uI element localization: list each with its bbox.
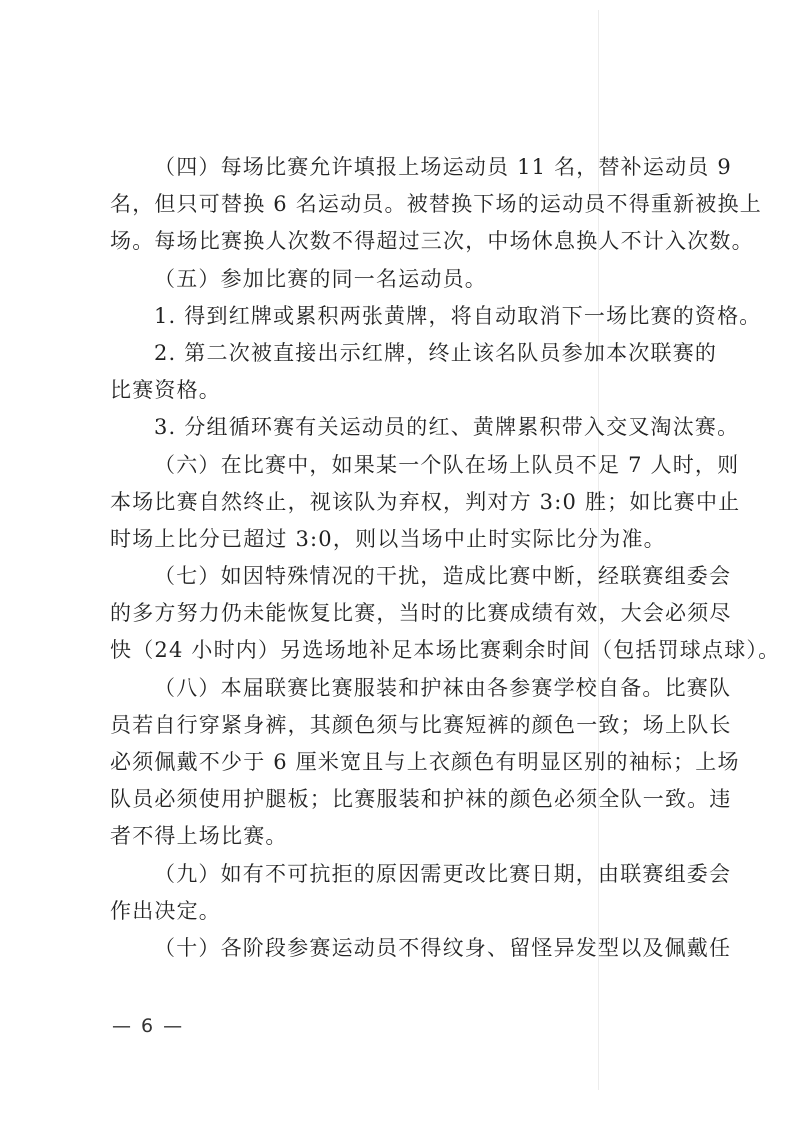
text-line: 2. 第二次被直接出示红牌，终止该名队员参加本次联赛的	[110, 335, 695, 372]
paragraph-item-10: （十）各阶段参赛运动员不得纹身、留怪异发型以及佩戴任	[110, 930, 695, 967]
paragraph-item-7: （七）如因特殊情况的干扰，造成比赛中断，经联赛组委会 的多方努力仍未能恢复比赛，…	[110, 558, 695, 670]
paragraph-item-6: （六）在比赛中，如果某一个队在场上队员不足 7 人时，则 本场比赛自然终止，视该…	[110, 447, 695, 559]
text-line: 本场比赛自然终止，视该队为弃权，判对方 3:0 胜；如比赛中止	[110, 484, 695, 521]
text-line: （十）各阶段参赛运动员不得纹身、留怪异发型以及佩戴任	[110, 930, 695, 967]
text-line: （九）如有不可抗拒的原因需更改比赛日期，由联赛组委会	[110, 856, 695, 893]
text-line: （七）如因特殊情况的干扰，造成比赛中断，经联赛组委会	[110, 558, 695, 595]
paragraph-item-4: （四）每场比赛允许填报上场运动员 11 名，替补运动员 9 名，但只可替换 6 …	[110, 149, 695, 261]
text-line: （六）在比赛中，如果某一个队在场上队员不足 7 人时，则	[110, 447, 695, 484]
page-number: — 6 —	[112, 1012, 184, 1040]
text-line: 的多方努力仍未能恢复比赛，当时的比赛成绩有效，大会必须尽	[110, 595, 695, 632]
text-line: 必须佩戴不少于 6 厘米宽且与上衣颜色有明显区别的袖标；上场	[110, 744, 695, 781]
document-body: （四）每场比赛允许填报上场运动员 11 名，替补运动员 9 名，但只可替换 6 …	[110, 149, 695, 967]
text-line: 快（24 小时内）另选场地补足本场比赛剩余时间（包括罚球点球）。	[110, 632, 695, 669]
text-line: 员若自行穿紧身裤，其颜色须与比赛短裤的颜色一致；场上队长	[110, 707, 695, 744]
paragraph-item-9: （九）如有不可抗拒的原因需更改比赛日期，由联赛组委会 作出决定。	[110, 856, 695, 930]
text-line: 名，但只可替换 6 名运动员。被替换下场的运动员不得重新被换上	[110, 186, 695, 223]
text-line: 者不得上场比赛。	[110, 818, 695, 855]
text-line: （五）参加比赛的同一名运动员。	[110, 261, 695, 298]
text-line: 时场上比分已超过 3:0，则以当场中止时实际比分为准。	[110, 521, 695, 558]
document-page: （四）每场比赛允许填报上场运动员 11 名，替补运动员 9 名，但只可替换 6 …	[0, 0, 800, 1130]
text-line: （八）本届联赛比赛服装和护袜由各参赛学校自备。比赛队	[110, 670, 695, 707]
paragraph-item-5-1: 1. 得到红牌或累积两张黄牌，将自动取消下一场比赛的资格。	[110, 298, 695, 335]
paragraph-item-8: （八）本届联赛比赛服装和护袜由各参赛学校自备。比赛队 员若自行穿紧身裤，其颜色须…	[110, 670, 695, 856]
text-line: （四）每场比赛允许填报上场运动员 11 名，替补运动员 9	[110, 149, 695, 186]
text-line: 比赛资格。	[110, 372, 695, 409]
paragraph-item-5-3: 3. 分组循环赛有关运动员的红、黄牌累积带入交叉淘汰赛。	[110, 409, 695, 446]
text-line: 作出决定。	[110, 893, 695, 930]
paragraph-item-5: （五）参加比赛的同一名运动员。	[110, 261, 695, 298]
text-line: 3. 分组循环赛有关运动员的红、黄牌累积带入交叉淘汰赛。	[110, 409, 695, 446]
text-line: 1. 得到红牌或累积两张黄牌，将自动取消下一场比赛的资格。	[110, 298, 695, 335]
text-line: 队员必须使用护腿板；比赛服装和护袜的颜色必须全队一致。违	[110, 781, 695, 818]
paragraph-item-5-2: 2. 第二次被直接出示红牌，终止该名队员参加本次联赛的 比赛资格。	[110, 335, 695, 409]
text-line: 场。每场比赛换人次数不得超过三次，中场休息换人不计入次数。	[110, 223, 695, 260]
